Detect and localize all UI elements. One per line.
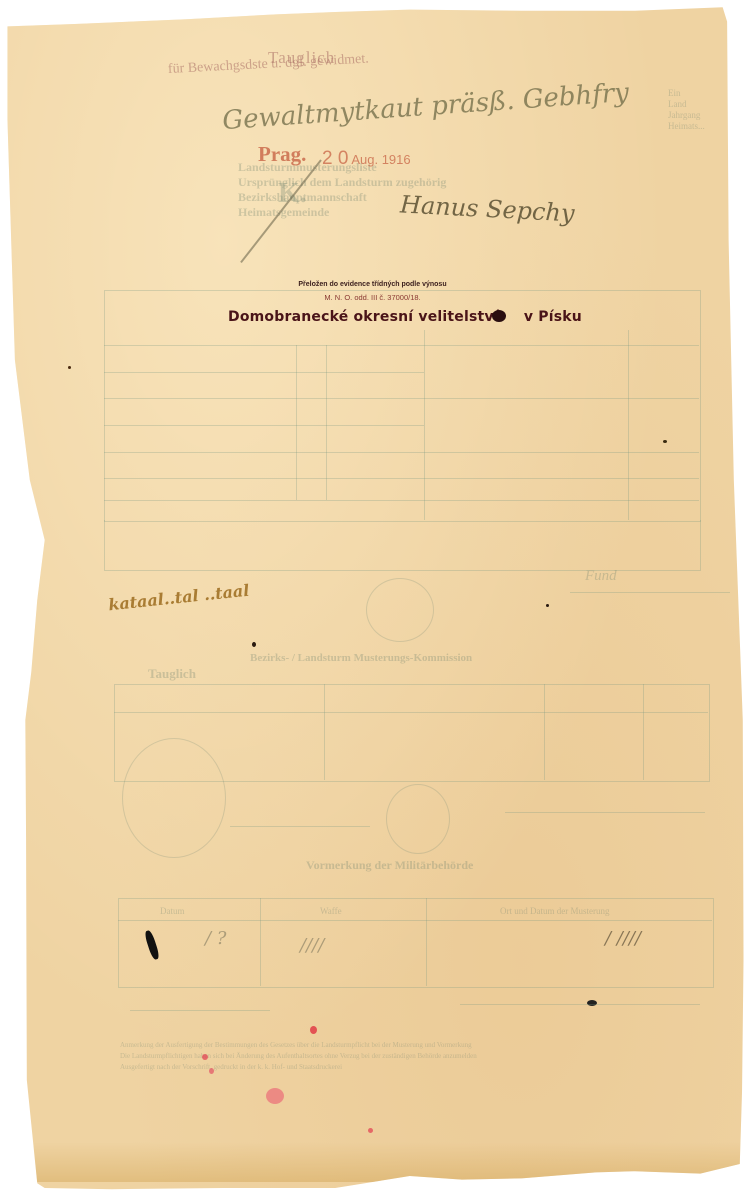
handwritten-signature: Hanus Sepchy <box>399 190 575 227</box>
edge-stain <box>0 1142 745 1182</box>
faded-form-rule <box>114 712 708 713</box>
faded-form-rule <box>104 345 699 346</box>
faded-section-heading: Bezirks- / Landsturm Musterungs-Kommissi… <box>250 652 472 664</box>
faded-form-col <box>544 684 545 780</box>
faded-round-seal <box>386 784 450 854</box>
red-ink-spot <box>310 1026 317 1034</box>
ink-blot <box>492 310 506 322</box>
faded-signature-line <box>505 812 705 813</box>
faded-footer-rule <box>460 1004 700 1005</box>
speck <box>68 366 71 369</box>
evidence-stamp-office: Domobranecké okresní velitelství <box>228 309 499 325</box>
faded-table-caption: Tauglich <box>148 666 196 682</box>
faded-form-rule <box>104 425 424 426</box>
faded-form-rule <box>104 372 424 373</box>
faded-form-col <box>326 345 327 500</box>
speck <box>663 440 667 443</box>
prag-stamp-place: Prag. <box>258 142 306 167</box>
faded-section-label: Fund <box>585 568 617 585</box>
red-ink-spot <box>202 1054 208 1060</box>
faded-round-seal <box>366 578 434 642</box>
faded-table-header: Ort und Datum der Musterung <box>500 906 609 916</box>
evidence-stamp-line3: Domobranecké okresní velitelství v Písku <box>228 309 582 325</box>
red-ink-spot <box>368 1128 373 1133</box>
faded-form-col <box>260 898 261 986</box>
faded-eagle-seal <box>122 738 226 858</box>
red-ink-spot <box>266 1088 284 1104</box>
evidence-stamp-place: v Písku <box>524 309 582 325</box>
prag-stamp-day: 2 0 <box>322 148 348 169</box>
faded-form-col <box>424 330 425 520</box>
faded-form-rule <box>118 920 712 921</box>
red-ink-spot <box>209 1068 214 1074</box>
faded-form-table-lower <box>104 520 701 571</box>
faded-form-col <box>426 898 427 986</box>
prag-stamp-date: 2 0 Aug. 1916 <box>322 148 411 170</box>
faded-signature-line <box>230 826 370 827</box>
faded-table-header: Waffe <box>320 906 342 916</box>
ink-blot <box>587 1000 597 1006</box>
rust-ink-mark: kataal..tal ..taal <box>107 581 250 615</box>
faded-form-col <box>643 684 644 780</box>
faded-form-col <box>296 345 297 500</box>
faded-form-col <box>628 330 629 520</box>
speck <box>546 604 549 607</box>
faded-table-header: Datum <box>160 906 185 916</box>
faded-form-rule <box>570 592 730 593</box>
evidence-stamp-line1: Přeložen do evidence třídných podle výno… <box>0 281 745 288</box>
pencil-mark: //// <box>300 935 324 956</box>
evidence-stamp-line2: M. N. O. odd. III č. 37000/18. <box>0 293 745 302</box>
handwritten-annotation: Gewaltmytkaut präsß. Gebhfry <box>221 78 629 136</box>
speck <box>252 642 256 647</box>
prag-stamp-year: 1916 <box>382 152 411 167</box>
faded-form-col <box>324 684 325 780</box>
faded-section-heading: Vormerkung der Militärbehörde <box>306 858 473 873</box>
pencil-mark: / //// <box>605 928 641 949</box>
faded-form-rule <box>104 500 699 501</box>
pencil-mark: / ? <box>205 928 226 949</box>
scanned-document-page: Ein Land Jahrgang Heimats... Landsturmmu… <box>0 0 745 1200</box>
faded-form-rule <box>104 398 699 399</box>
faded-footer-rule <box>130 1010 270 1011</box>
prag-stamp-month: Aug. <box>351 152 378 167</box>
faded-margin-text: Ein Land Jahrgang Heimats... <box>668 88 705 132</box>
faded-form-rule <box>104 478 699 479</box>
faded-form-rule <box>104 452 699 453</box>
